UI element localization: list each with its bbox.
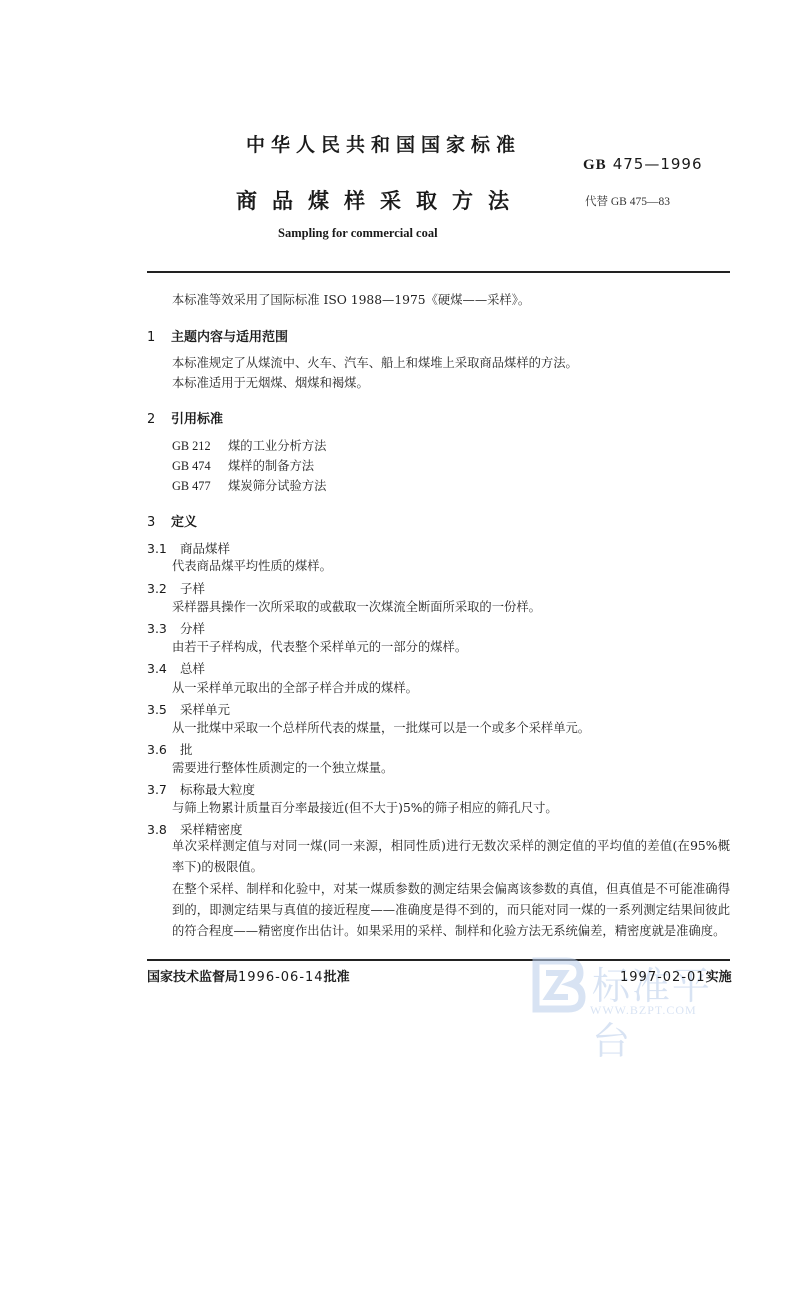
standard-prefix: GB: [583, 157, 607, 173]
section-heading-1: 1主题内容与适用范围: [147, 326, 288, 345]
section-title: 主题内容与适用范围: [171, 330, 288, 345]
definition-text: 代表商品煤平均性质的煤样。: [172, 557, 332, 575]
definition-term: 3.2子样: [147, 579, 205, 597]
definition-text: 从一批煤中采取一个总样所代表的煤量，一批煤可以是一个或多个采样单元。: [172, 719, 590, 737]
standard-number: GB475—1996: [583, 155, 703, 174]
definition-term: 3.3分样: [147, 619, 205, 637]
national-standard-title: 中华人民共和国国家标准: [246, 130, 521, 157]
reference-item: GB 212煤的工业分析方法: [172, 437, 326, 455]
standard-number-value: 475—1996: [613, 155, 703, 173]
definition-3-8-paragraph-1: 单次采样测定值与对同一煤(同一来源，相同性质)进行无数次采样的测定值的平均值的差…: [147, 836, 730, 878]
definition-3-8-paragraph-2: 在整个采样、制样和化验中，对某一煤质参数的测定结果会偏离该参数的真值，但真值是不…: [147, 879, 730, 942]
section-title: 引用标准: [171, 412, 223, 427]
reference-item: GB 474煤样的制备方法: [172, 457, 314, 475]
definition-text: 采样器具操作一次所采取的或截取一次煤流全断面所采取的一份样。: [172, 598, 541, 616]
header-divider: [147, 271, 730, 273]
definition-term: 3.7标称最大粒度: [147, 780, 255, 798]
definition-text: 与筛上物累计质量百分率最接近(但不大于)5%的筛子相应的筛孔尺寸。: [172, 799, 558, 817]
english-title: Sampling for commercial coal: [278, 226, 438, 241]
definition-text: 由若干子样构成，代表整个采样单元的一部分的煤样。: [172, 638, 467, 656]
approval-date: 1996-06-14: [238, 970, 324, 985]
bz-logo-icon: [530, 957, 586, 1013]
watermark-url: WWW.BZPT.COM: [590, 1003, 697, 1018]
footer-divider: [147, 959, 730, 961]
reference-item: GB 477煤炭筛分试验方法: [172, 477, 326, 495]
section-heading-2: 2引用标准: [147, 408, 223, 427]
section-1-line-2: 本标准适用于无烟煤、烟煤和褐煤。: [172, 374, 369, 392]
document-title: 商品煤样采取方法: [236, 185, 524, 215]
definition-text: 需要进行整体性质测定的一个独立煤量。: [172, 759, 393, 777]
definition-text: 从一采样单元取出的全部子样合并成的煤样。: [172, 679, 418, 697]
definition-term: 3.1商品煤样: [147, 539, 230, 557]
definition-term: 3.6批: [147, 740, 193, 758]
definition-term: 3.4总样: [147, 659, 205, 677]
section-1-line-1: 本标准规定了从煤流中、火车、汽车、船上和煤堆上采取商品煤样的方法。: [172, 354, 578, 372]
approval-info: 国家技术监督局1996-06-14批准: [147, 966, 350, 985]
section-heading-3: 3定义: [147, 511, 197, 530]
effective-date: 1997-02-01: [620, 970, 706, 985]
intro-text: 本标准等效采用了国际标准 ISO 1988—1975《硬煤——采样》。: [172, 291, 530, 309]
effective-info: 1997-02-01实施: [620, 966, 732, 985]
section-title: 定义: [171, 515, 197, 530]
definition-term: 3.5采样单元: [147, 700, 230, 718]
replaces-standard: 代替 GB 475—83: [585, 193, 670, 209]
